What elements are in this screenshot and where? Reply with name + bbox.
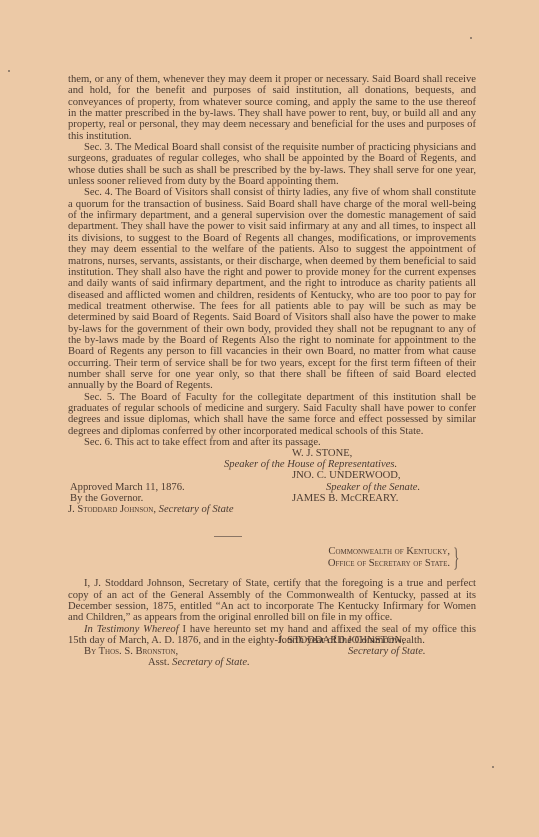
signature-mccreary: JAMES B. McCREARY. — [292, 493, 398, 504]
asst-prefix: Asst. — [148, 657, 170, 668]
certificate-heading: Commonwealth of Kentucky, Office of Secr… — [68, 546, 476, 570]
heading-line1: Commonwealth of Kentucky, — [68, 546, 450, 558]
approved-date: Approved March 11, 1876. — [70, 482, 185, 493]
document-page: them, or any of them, whenever they may … — [68, 74, 476, 671]
johnson-title: Secretary of State — [159, 504, 234, 515]
paragraph-sec3: Sec. 3. The Medical Board shall consist … — [68, 142, 476, 187]
signature-johnson: J. Stoddard Johnson, Secretary of State — [68, 504, 234, 515]
brace-icon: } — [453, 546, 459, 570]
johnson-name: J. Stoddard Johnson, — [68, 504, 156, 515]
title-speaker-house: Speaker of the House of Representatives. — [224, 459, 397, 470]
signature-stone: W. J. STONE, — [292, 448, 352, 459]
title-asst-secretary: Asst. Secretary of State. — [148, 657, 250, 668]
paper-speck — [8, 70, 10, 72]
title-secretary-state: Secretary of State. — [348, 646, 426, 657]
signature-block: W. J. STONE, Speaker of the House of Rep… — [68, 448, 476, 516]
title-speaker-senate: Speaker of the Senate. — [326, 482, 420, 493]
signature-underwood: JNO. C. UNDERWOOD, — [292, 470, 401, 481]
asst-title: Secretary of State. — [172, 657, 250, 668]
certificate-signature-block: J. STODDARD JOHNSTON, By Thos. S. Bronst… — [68, 635, 476, 671]
by-governor: By the Governor. — [70, 493, 143, 504]
signature-johnston: J. STODDARD JOHNSTON, — [278, 635, 405, 646]
paragraph-sec5: Sec. 5. The Board of Faculty for the col… — [68, 392, 476, 437]
paper-speck — [492, 766, 494, 768]
heading-line2: Office of Secretary of State. — [68, 558, 450, 570]
section-divider — [214, 536, 242, 537]
paragraph-sec2-cont: them, or any of them, whenever they may … — [68, 74, 476, 142]
certificate-body: I, J. Stoddard Johnson, Secretary of Sta… — [68, 578, 476, 623]
paragraph-sec4: Sec. 4. The Board of Visitors shall cons… — [68, 187, 476, 391]
paragraph-sec6: Sec. 6. This act to take effect from and… — [68, 437, 476, 448]
testimony-italic: In Testimony Whereof — [84, 624, 179, 635]
signature-bronston: By Thos. S. Bronston, — [84, 646, 178, 657]
paper-speck — [470, 37, 472, 39]
